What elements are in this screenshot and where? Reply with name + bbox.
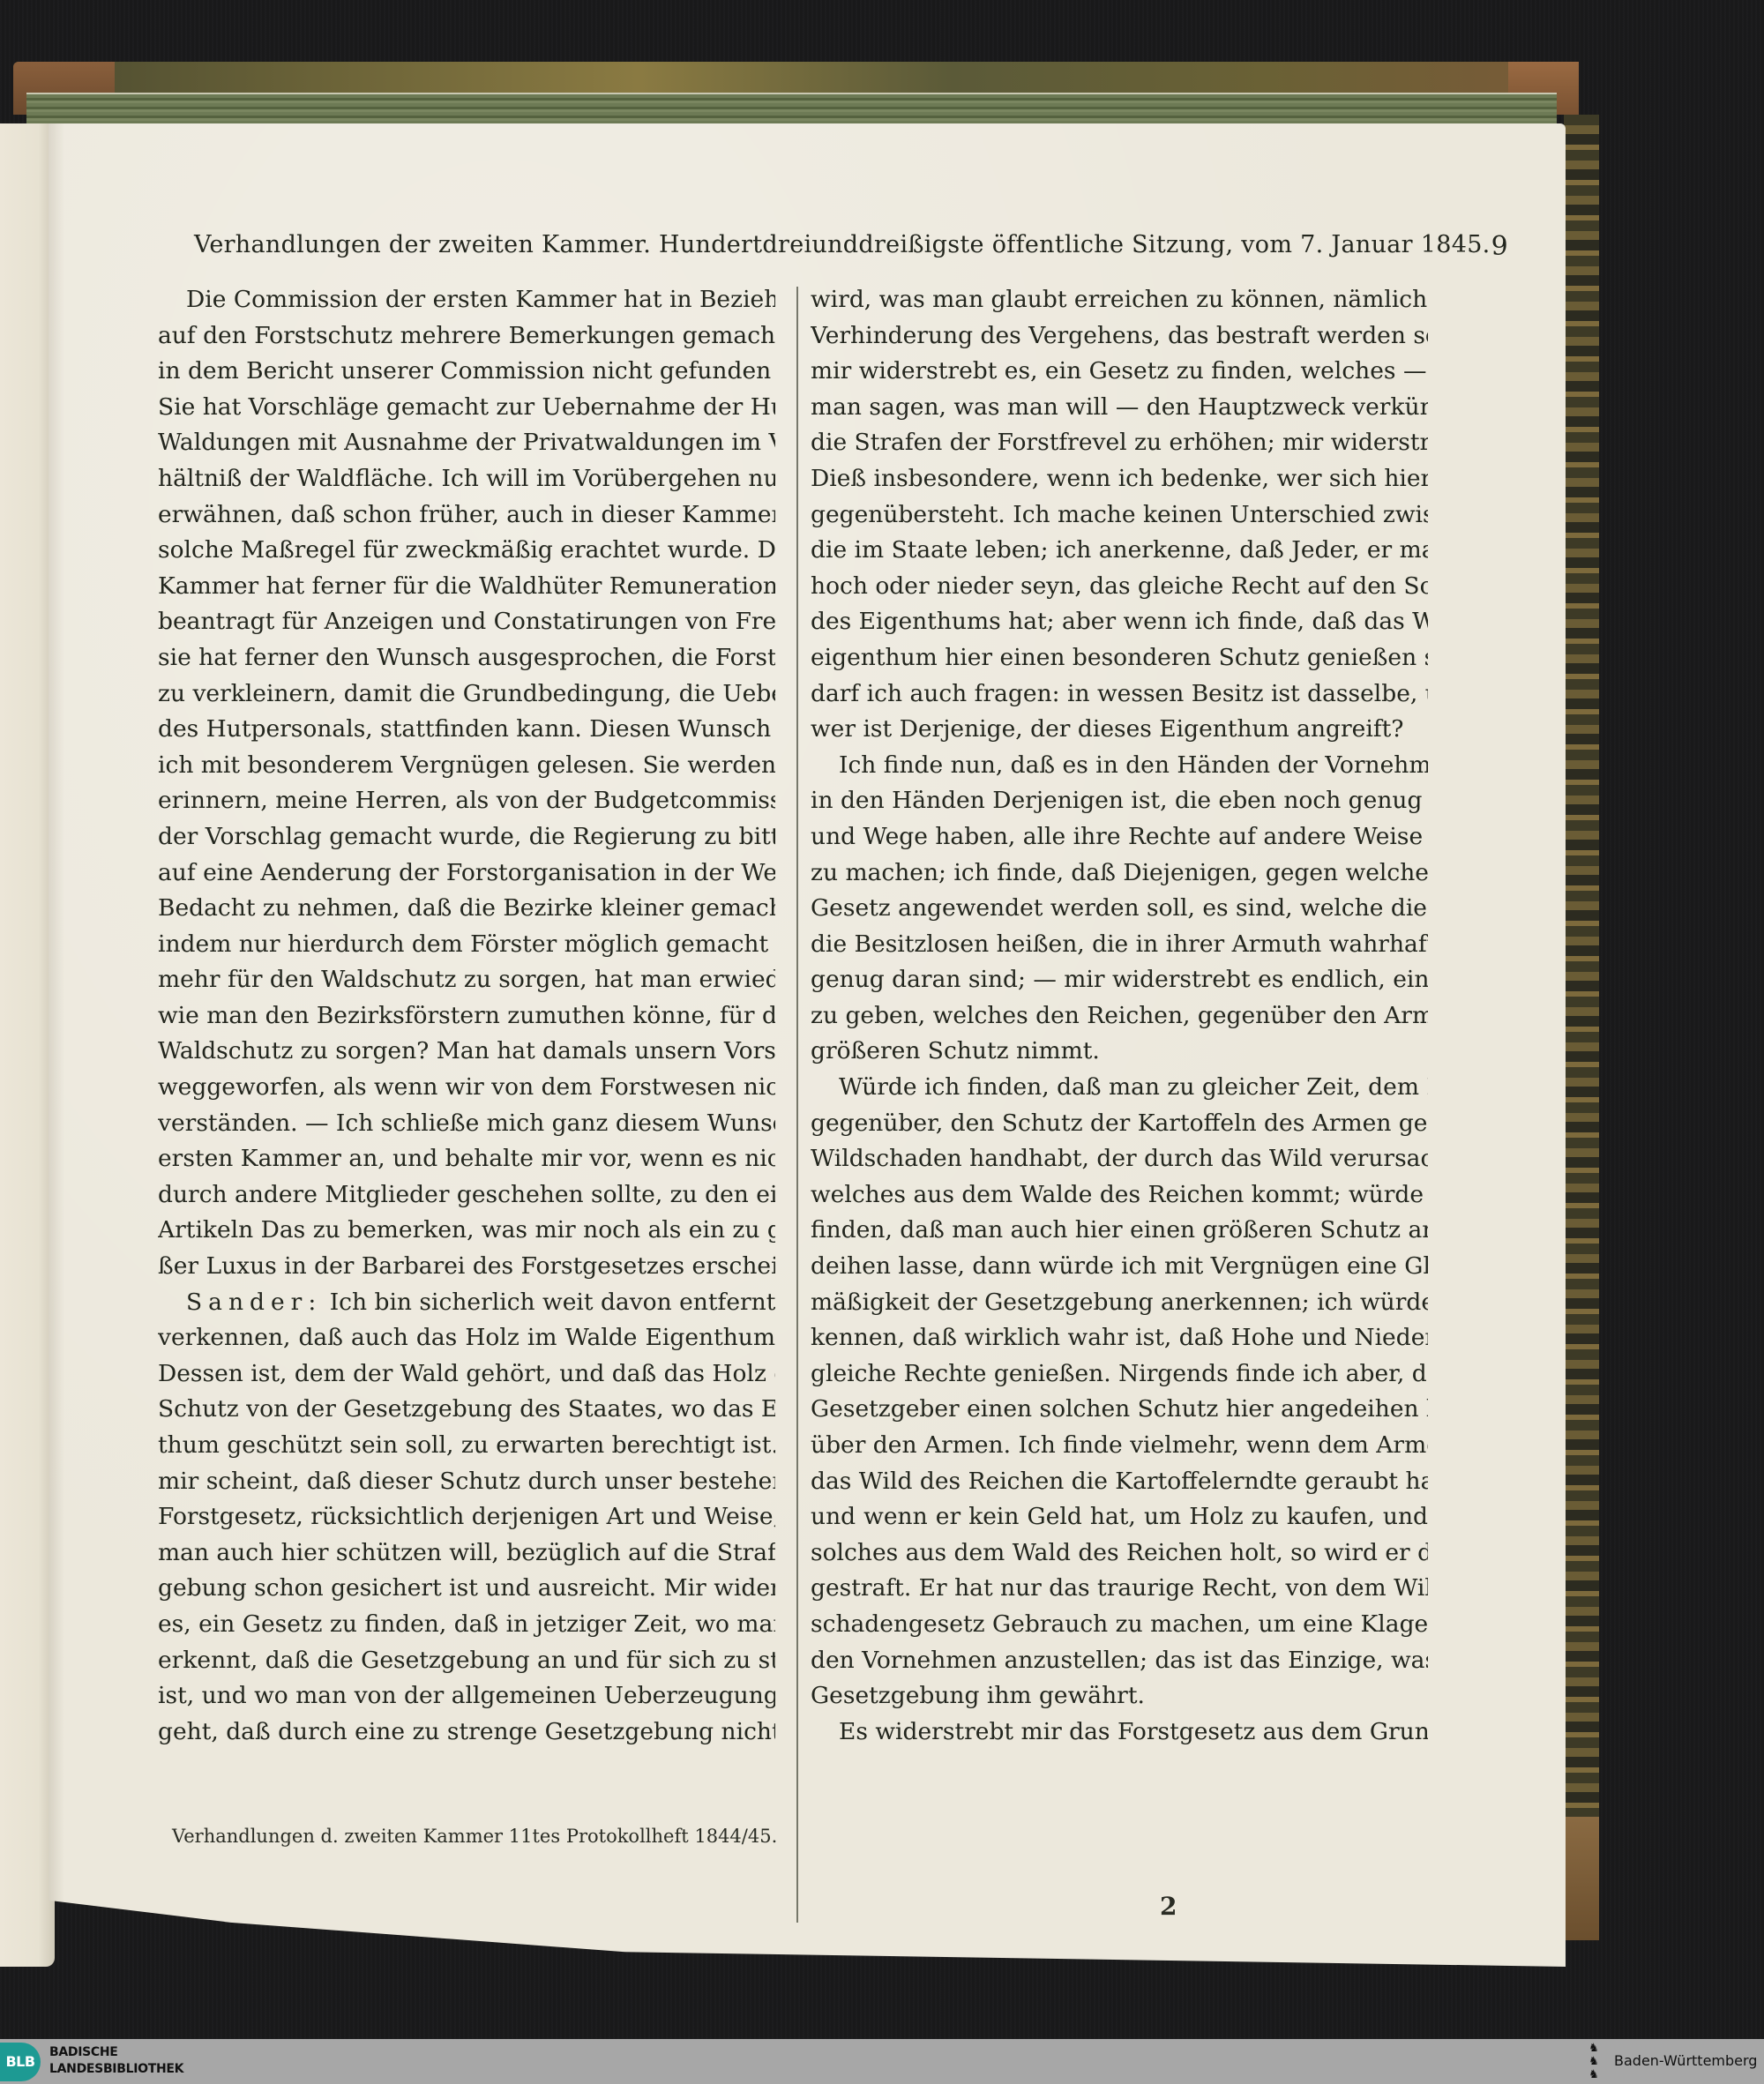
- text-line-content: man auch hier schützen will, bezüglich a…: [158, 1539, 775, 1566]
- text-line: der Vorschlag gemacht wurde, die Regieru…: [158, 819, 775, 855]
- text-line-content: darf ich auch fragen: in wessen Besitz i…: [811, 680, 1428, 707]
- text-line: durch andere Mitglieder geschehen sollte…: [158, 1177, 775, 1214]
- text-line-content: Es widerstrebt mir das Forstgesetz aus d…: [839, 1718, 1428, 1745]
- text-line: über den Armen. Ich finde vielmehr, wenn…: [811, 1428, 1428, 1464]
- text-line: mir scheint, daß dieser Schutz durch uns…: [158, 1464, 775, 1500]
- text-line-content: verständen. — Ich schließe mich ganz die…: [158, 1109, 775, 1137]
- text-line-content: ßer Luxus in der Barbarei des Forstgeset…: [158, 1252, 775, 1280]
- text-line-content: es, ein Gesetz zu finden, daß in jetzige…: [158, 1610, 775, 1638]
- text-line-content: die Strafen der Forstfrevel zu erhöhen; …: [811, 429, 1428, 456]
- text-line: weggeworfen, als wenn wir von dem Forstw…: [158, 1070, 775, 1106]
- cover-corner-bottom-right: [1564, 1817, 1599, 1940]
- speaker-name: Sander:: [186, 1288, 322, 1316]
- text-line: verständen. — Ich schließe mich ganz die…: [158, 1106, 775, 1142]
- text-line-content: thum geschützt sein soll, zu erwarten be…: [158, 1431, 775, 1459]
- text-line: deihen lasse, dann würde ich mit Vergnüg…: [811, 1249, 1428, 1285]
- text-line: Dieß insbesondere, wenn ich bedenke, wer…: [811, 461, 1428, 497]
- text-line: hältniß der Waldfläche. Ich will im Vorü…: [158, 461, 775, 497]
- signature-mark: 2: [1160, 1892, 1177, 1921]
- text-line: Schutz von der Gesetzgebung des Staates,…: [158, 1392, 775, 1428]
- text-line: man auch hier schützen will, bezüglich a…: [158, 1535, 775, 1572]
- text-line-content: Forstgesetz, rücksichtlich derjenigen Ar…: [158, 1503, 775, 1530]
- text-line: Ich finde nun, daß es in den Händen der …: [811, 748, 1428, 784]
- text-line: darf ich auch fragen: in wessen Besitz i…: [811, 676, 1428, 713]
- blb-name: BADISCHE LANDESBIBLIOTHEK: [49, 2044, 183, 2078]
- blb-logo[interactable]: BLB: [0, 2043, 41, 2081]
- text-line-content: ich mit besonderem Vergnügen gelesen. Si…: [158, 751, 775, 779]
- text-line: gestraft. Er hat nur das traurige Recht,…: [811, 1571, 1428, 1607]
- text-line-content: schadengesetz Gebrauch zu machen, um ein…: [811, 1610, 1428, 1638]
- text-line: man sagen, was man will — den Hauptzweck…: [811, 390, 1428, 426]
- text-line-content: Gesetz angewendet werden soll, es sind, …: [811, 894, 1428, 922]
- text-line: den Vornehmen anzustellen; das ist das E…: [811, 1643, 1428, 1679]
- text-line-content: zu geben, welches den Reichen, gegenüber…: [811, 1002, 1428, 1029]
- text-line-content: gegenübersteht. Ich mache keinen Untersc…: [811, 501, 1428, 528]
- text-line-content: sie hat ferner den Wunsch ausgesprochen,…: [158, 644, 775, 671]
- column-divider: [796, 287, 798, 1923]
- text-line-content: verkennen, daß auch das Holz im Walde Ei…: [158, 1324, 775, 1351]
- text-line-content: gegenüber, den Schutz der Kartoffeln des…: [811, 1109, 1428, 1137]
- text-line: Waldungen mit Ausnahme der Privatwaldung…: [158, 425, 775, 461]
- text-line: solches aus dem Wald des Reichen holt, s…: [811, 1535, 1428, 1572]
- text-line: Wildschaden handhabt, der durch das Wild…: [811, 1141, 1428, 1177]
- text-line-content: Ich finde nun, daß es in den Händen der …: [839, 751, 1428, 779]
- text-line: beantragt für Anzeigen und Constatirunge…: [158, 604, 775, 640]
- left-page-edge: [0, 123, 55, 1967]
- text-line: Kammer hat ferner für die Waldhüter Remu…: [158, 569, 775, 605]
- text-line: geht, daß durch eine zu strenge Gesetzge…: [158, 1714, 775, 1751]
- text-line-content: mir scheint, daß dieser Schutz durch uns…: [158, 1468, 775, 1495]
- text-line: solche Maßregel für zweckmäßig erachtet …: [158, 533, 775, 569]
- footnote: Verhandlungen d. zweiten Kammer 11tes Pr…: [172, 1826, 777, 1847]
- text-line-content: ersten Kammer an, und behalte mir vor, w…: [158, 1145, 775, 1172]
- text-line-content: erinnern, meine Herren, als von der Budg…: [158, 787, 775, 814]
- text-line: wer ist Derjenige, der dieses Eigenthum …: [811, 712, 1428, 748]
- text-line-content: beantragt für Anzeigen und Constatirunge…: [158, 608, 775, 635]
- text-line-content: auf eine Aenderung der Forstorganisation…: [158, 859, 775, 886]
- text-line: und wenn er kein Geld hat, um Holz zu ka…: [811, 1499, 1428, 1535]
- text-line: zu geben, welches den Reichen, gegenüber…: [811, 998, 1428, 1035]
- text-line-content: welches aus dem Walde des Reichen kommt;…: [811, 1181, 1428, 1208]
- text-line-content: erkennt, daß die Gesetzgebung an und für…: [158, 1647, 775, 1674]
- text-line: Waldschutz zu sorgen? Man hat damals uns…: [158, 1034, 775, 1070]
- text-line-content: Schutz von der Gesetzgebung des Staates,…: [158, 1395, 775, 1423]
- text-line-content: deihen lasse, dann würde ich mit Vergnüg…: [811, 1252, 1428, 1280]
- page-number: 9: [1491, 231, 1508, 262]
- text-line-content: und Wege haben, alle ihre Rechte auf and…: [811, 823, 1428, 850]
- text-line-content: indem nur hierdurch dem Förster möglich …: [158, 930, 775, 958]
- text-line-content: Dieß insbesondere, wenn ich bedenke, wer…: [811, 465, 1428, 492]
- text-line-content: durch andere Mitglieder geschehen sollte…: [158, 1181, 775, 1208]
- text-line-content: Sie hat Vorschläge gemacht zur Uebernahm…: [158, 393, 775, 421]
- text-line-content: das Wild des Reichen die Kartoffelerndte…: [811, 1468, 1428, 1495]
- text-line: Es widerstrebt mir das Forstgesetz aus d…: [811, 1714, 1428, 1751]
- text-line: größeren Schutz nimmt.: [811, 1034, 1428, 1070]
- text-line: auf den Forstschutz mehrere Bemerkungen …: [158, 318, 775, 355]
- text-line: Forstgesetz, rücksichtlich derjenigen Ar…: [158, 1499, 775, 1535]
- text-line: ich mit besonderem Vergnügen gelesen. Si…: [158, 748, 775, 784]
- text-line: verkennen, daß auch das Holz im Walde Ei…: [158, 1320, 775, 1356]
- text-line: genug daran sind; — mir widerstrebt es e…: [811, 962, 1428, 998]
- text-line: erkennt, daß die Gesetzgebung an und für…: [158, 1643, 775, 1679]
- text-line-content: wird, was man glaubt erreichen zu können…: [811, 286, 1428, 313]
- text-line-content: weggeworfen, als wenn wir von dem Forstw…: [158, 1073, 775, 1101]
- text-line-content: des Eigenthums hat; aber wenn ich finde,…: [811, 608, 1428, 635]
- text-line-content: solches aus dem Wald des Reichen holt, s…: [811, 1539, 1428, 1566]
- text-line: gebung schon gesichert ist und ausreicht…: [158, 1571, 775, 1607]
- text-line: in den Händen Derjenigen ist, die eben n…: [811, 783, 1428, 819]
- text-line: mehr für den Waldschutz zu sorgen, hat m…: [158, 962, 775, 998]
- text-line-content: finden, daß man auch hier einen größeren…: [811, 1216, 1428, 1244]
- text-line: hoch oder nieder seyn, das gleiche Recht…: [811, 569, 1428, 605]
- text-line: Gesetzgebung ihm gewährt.: [811, 1678, 1428, 1714]
- text-line-content: geht, daß durch eine zu strenge Gesetzge…: [158, 1718, 775, 1745]
- blb-logo-abbr: BLB: [5, 2053, 34, 2070]
- text-line-content: Dessen ist, dem der Wald gehört, und daß…: [158, 1360, 775, 1387]
- blb-name-line2: LANDESBIBLIOTHEK: [49, 2061, 183, 2078]
- text-line-content: mäßigkeit der Gesetzgebung anerkennen; i…: [811, 1288, 1428, 1316]
- text-line-content: in den Händen Derjenigen ist, die eben n…: [811, 787, 1428, 814]
- book-cover-right: [1564, 115, 1599, 1940]
- text-line: es, ein Gesetz zu finden, daß in jetzige…: [158, 1607, 775, 1643]
- text-line: ist, und wo man von der allgemeinen Uebe…: [158, 1678, 775, 1714]
- text-line: Die Commission der ersten Kammer hat in …: [158, 282, 775, 318]
- text-line: gegenübersteht. Ich mache keinen Untersc…: [811, 497, 1428, 534]
- text-line: ßer Luxus in der Barbarei des Forstgeset…: [158, 1249, 775, 1285]
- text-line: die im Staate leben; ich anerkenne, daß …: [811, 533, 1428, 569]
- text-line-content: in dem Bericht unserer Commission nicht …: [158, 357, 775, 385]
- text-line-content: Waldungen mit Ausnahme der Privatwaldung…: [158, 429, 775, 456]
- text-line: gleiche Rechte genießen. Nirgends finde …: [811, 1356, 1428, 1393]
- text-line-content: ist, und wo man von der allgemeinen Uebe…: [158, 1682, 775, 1709]
- text-line-content: Wildschaden handhabt, der durch das Wild…: [811, 1145, 1428, 1172]
- text-line-content: Bedacht zu nehmen, daß die Bezirke klein…: [158, 894, 775, 922]
- text-line-content: kennen, daß wirklich wahr ist, daß Hohe …: [811, 1324, 1428, 1351]
- text-line-content: wie man den Bezirksförstern zumuthen kön…: [158, 1002, 775, 1029]
- text-line: Bedacht zu nehmen, daß die Bezirke klein…: [158, 891, 775, 927]
- text-line: gegenüber, den Schutz der Kartoffeln des…: [811, 1106, 1428, 1142]
- text-line-content: wer ist Derjenige, der dieses Eigenthum …: [811, 715, 1404, 743]
- text-line: zu machen; ich finde, daß Diejenigen, ge…: [811, 855, 1428, 892]
- text-line-content: zu verkleinern, damit die Grundbedingung…: [158, 680, 775, 707]
- three-lions-icon: ♞♞♞: [1579, 2042, 1609, 2082]
- bw-name[interactable]: Baden-Württemberg: [1614, 2052, 1757, 2069]
- left-column: Die Commission der ersten Kammer hat in …: [158, 282, 775, 1750]
- text-line: des Hutpersonals, stattfinden kann. Dies…: [158, 712, 775, 748]
- right-column: wird, was man glaubt erreichen zu können…: [811, 282, 1428, 1750]
- text-line-content: zu machen; ich finde, daß Diejenigen, ge…: [811, 859, 1428, 886]
- running-head: Verhandlungen der zweiten Kammer. Hunder…: [194, 231, 1508, 266]
- text-line-content: den Vornehmen anzustellen; das ist das E…: [811, 1647, 1428, 1674]
- text-line-content: gebung schon gesichert ist und ausreicht…: [158, 1574, 775, 1602]
- text-line-content: Kammer hat ferner für die Waldhüter Remu…: [158, 572, 775, 600]
- text-line-content: eigenthum hier einen besonderen Schutz g…: [811, 644, 1428, 671]
- text-line: schadengesetz Gebrauch zu machen, um ein…: [811, 1607, 1428, 1643]
- text-line: Gesetz angewendet werden soll, es sind, …: [811, 891, 1428, 927]
- running-head-title: Verhandlungen der zweiten Kammer. Hunder…: [194, 231, 1491, 258]
- text-line: sie hat ferner den Wunsch ausgesprochen,…: [158, 640, 775, 676]
- blb-name-line1: BADISCHE: [49, 2044, 183, 2061]
- text-line-content: hältniß der Waldfläche. Ich will im Vorü…: [158, 465, 775, 492]
- text-line-content: Gesetzgebung ihm gewährt.: [811, 1682, 1145, 1709]
- text-line: Sander: Ich bin sicherlich weit davon en…: [158, 1285, 775, 1321]
- text-line-content: solche Maßregel für zweckmäßig erachtet …: [158, 536, 775, 564]
- text-line-content: hoch oder nieder seyn, das gleiche Recht…: [811, 572, 1428, 600]
- text-line: erinnern, meine Herren, als von der Budg…: [158, 783, 775, 819]
- text-line: finden, daß man auch hier einen größeren…: [811, 1213, 1428, 1249]
- text-line: eigenthum hier einen besonderen Schutz g…: [811, 640, 1428, 676]
- text-line: Würde ich finden, daß man zu gleicher Ze…: [811, 1070, 1428, 1106]
- text-line: Gesetzgeber einen solchen Schutz hier an…: [811, 1392, 1428, 1428]
- text-line: in dem Bericht unserer Commission nicht …: [158, 354, 775, 390]
- text-line-content: man sagen, was man will — den Hauptzweck…: [811, 393, 1428, 421]
- text-line-content: des Hutpersonals, stattfinden kann. Dies…: [158, 715, 775, 743]
- text-line: Artikeln Das zu bemerken, was mir noch a…: [158, 1213, 775, 1249]
- text-line: des Eigenthums hat; aber wenn ich finde,…: [811, 604, 1428, 640]
- text-line: wird, was man glaubt erreichen zu können…: [811, 282, 1428, 318]
- text-line-content: mir widerstrebt es, ein Gesetz zu finden…: [811, 357, 1428, 385]
- text-line-content: Waldschutz zu sorgen? Man hat damals uns…: [158, 1037, 775, 1064]
- text-line-content: Die Commission der ersten Kammer hat in …: [186, 286, 775, 313]
- text-line: thum geschützt sein soll, zu erwarten be…: [158, 1428, 775, 1464]
- text-line: die Besitzlosen heißen, die in ihrer Arm…: [811, 927, 1428, 963]
- text-line: auf eine Aenderung der Forstorganisation…: [158, 855, 775, 892]
- text-line-content: Ich bin sicherlich weit davon entfernt, …: [322, 1288, 775, 1316]
- text-line: mir widerstrebt es, ein Gesetz zu finden…: [811, 354, 1428, 390]
- text-line-content: auf den Forstschutz mehrere Bemerkungen …: [158, 322, 775, 349]
- text-line-content: Artikeln Das zu bemerken, was mir noch a…: [158, 1216, 775, 1244]
- text-line: mäßigkeit der Gesetzgebung anerkennen; i…: [811, 1285, 1428, 1321]
- text-line-content: die im Staate leben; ich anerkenne, daß …: [811, 536, 1428, 564]
- text-line-content: größeren Schutz nimmt.: [811, 1037, 1100, 1064]
- text-line: wie man den Bezirksförstern zumuthen kön…: [158, 998, 775, 1035]
- text-line-content: gleiche Rechte genießen. Nirgends finde …: [811, 1360, 1428, 1387]
- text-line-content: und wenn er kein Geld hat, um Holz zu ka…: [811, 1503, 1428, 1530]
- text-line: erwähnen, daß schon früher, auch in dies…: [158, 497, 775, 534]
- text-line: ersten Kammer an, und behalte mir vor, w…: [158, 1141, 775, 1177]
- text-line-content: der Vorschlag gemacht wurde, die Regieru…: [158, 823, 775, 850]
- footer-bar: BLB BADISCHE LANDESBIBLIOTHEK ♞♞♞ Baden-…: [0, 2039, 1764, 2084]
- text-line-content: Verhinderung des Vergehens, das bestraft…: [811, 322, 1428, 349]
- text-line-content: genug daran sind; — mir widerstrebt es e…: [811, 966, 1428, 993]
- text-line: Verhinderung des Vergehens, das bestraft…: [811, 318, 1428, 355]
- text-line-content: erwähnen, daß schon früher, auch in dies…: [158, 501, 775, 528]
- text-line: welches aus dem Walde des Reichen kommt;…: [811, 1177, 1428, 1214]
- text-line: zu verkleinern, damit die Grundbedingung…: [158, 676, 775, 713]
- text-line-content: über den Armen. Ich finde vielmehr, wenn…: [811, 1431, 1428, 1459]
- text-line-content: Würde ich finden, daß man zu gleicher Ze…: [839, 1073, 1428, 1101]
- text-line-content: Gesetzgeber einen solchen Schutz hier an…: [811, 1395, 1428, 1423]
- text-line-content: die Besitzlosen heißen, die in ihrer Arm…: [811, 930, 1428, 958]
- text-line: die Strafen der Forstfrevel zu erhöhen; …: [811, 425, 1428, 461]
- text-line: und Wege haben, alle ihre Rechte auf and…: [811, 819, 1428, 855]
- book-page: Verhandlungen der zweiten Kammer. Hunder…: [49, 123, 1566, 1967]
- text-line: Dessen ist, dem der Wald gehört, und daß…: [158, 1356, 775, 1393]
- text-line: indem nur hierdurch dem Förster möglich …: [158, 927, 775, 963]
- text-line: das Wild des Reichen die Kartoffelerndte…: [811, 1464, 1428, 1500]
- text-line: kennen, daß wirklich wahr ist, daß Hohe …: [811, 1320, 1428, 1356]
- text-line-content: mehr für den Waldschutz zu sorgen, hat m…: [158, 966, 775, 993]
- text-line-content: gestraft. Er hat nur das traurige Recht,…: [811, 1574, 1428, 1602]
- text-line: Sie hat Vorschläge gemacht zur Uebernahm…: [158, 390, 775, 426]
